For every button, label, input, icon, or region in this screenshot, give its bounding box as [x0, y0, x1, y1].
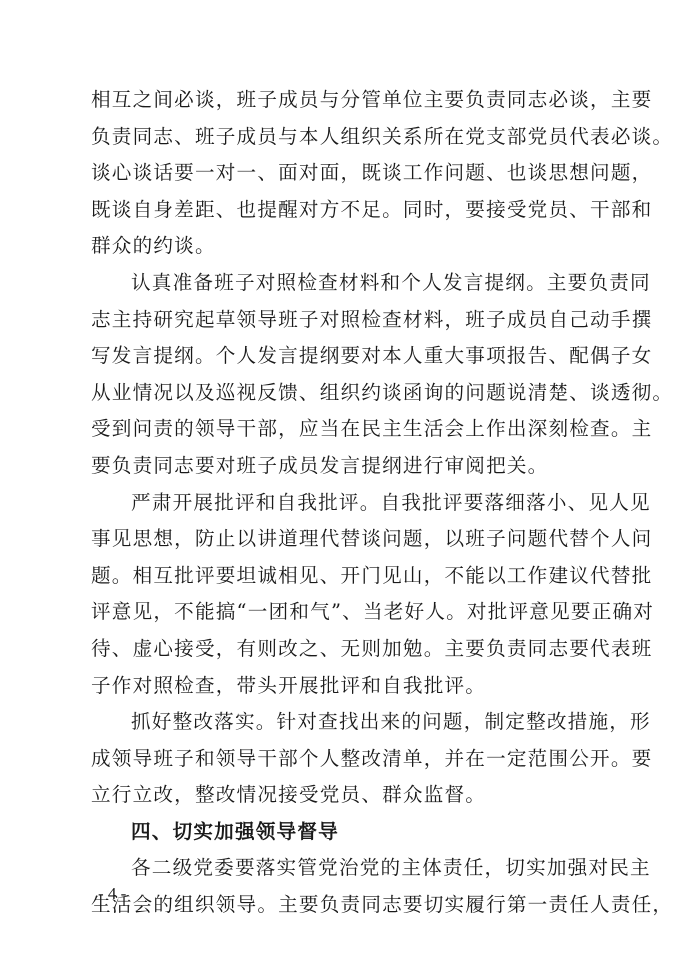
text-line: 待、虚心接受，有则改之、无则加勉。主要负责同志要代表班	[91, 631, 591, 668]
text-line: 生活会的组织领导。主要负责同志要切实履行第一责任人责任，	[91, 887, 591, 924]
document-body: 相互之间必谈，班子成员与分管单位主要负责同志必谈，主要 负责同志、班子成员与本人…	[91, 82, 591, 924]
text-line: 立行立改，整改情况接受党员、群众监督。	[91, 777, 591, 814]
text-line: 受到问责的领导干部，应当在民主生活会上作出深刻检查。主	[91, 411, 591, 448]
section-heading: 四、切实加强领导督导	[91, 814, 591, 851]
paragraph-start-line: 认真准备班子对照检查材料和个人发言提纲。主要负责同	[91, 265, 591, 302]
page-number: - 4 -	[98, 884, 126, 904]
text-line: 群众的约谈。	[91, 228, 591, 265]
text-line: 要负责同志要对班子成员发言提纲进行审阅把关。	[91, 448, 591, 485]
paragraph-start-line: 各二级党委要落实管党治党的主体责任，切实加强对民主	[91, 850, 591, 887]
document-page: 相互之间必谈，班子成员与分管单位主要负责同志必谈，主要 负责同志、班子成员与本人…	[0, 0, 680, 961]
text-line: 谈心谈话要一对一、面对面，既谈工作问题、也谈思想问题，	[91, 155, 591, 192]
text-line: 事见思想，防止以讲道理代替谈问题，以班子问题代替个人问	[91, 521, 591, 558]
text-line: 从业情况以及巡视反馈、组织约谈函询的问题说清楚、谈透彻。	[91, 375, 591, 412]
text-line: 负责同志、班子成员与本人组织关系所在党支部党员代表必谈。	[91, 119, 591, 156]
text-line: 评意见，不能搞“一团和气”、当老好人。对批评意见要正确对	[91, 594, 591, 631]
text-line: 题。相互批评要坦诚相见、开门见山，不能以工作建议代替批	[91, 558, 591, 595]
text-line: 写发言提纲。个人发言提纲要对本人重大事项报告、配偶子女	[91, 338, 591, 375]
text-line: 成领导班子和领导干部个人整改清单，并在一定范围公开。要	[91, 741, 591, 778]
paragraph-start-line: 严肃开展批评和自我批评。自我批评要落细落小、见人见	[91, 485, 591, 522]
text-line: 既谈自身差距、也提醒对方不足。同时，要接受党员、干部和	[91, 192, 591, 229]
paragraph-start-line: 抓好整改落实。针对查找出来的问题，制定整改措施，形	[91, 704, 591, 741]
text-line: 志主持研究起草领导班子对照检查材料，班子成员自己动手撰	[91, 302, 591, 339]
text-line: 相互之间必谈，班子成员与分管单位主要负责同志必谈，主要	[91, 82, 591, 119]
text-line: 子作对照检查，带头开展批评和自我批评。	[91, 668, 591, 705]
